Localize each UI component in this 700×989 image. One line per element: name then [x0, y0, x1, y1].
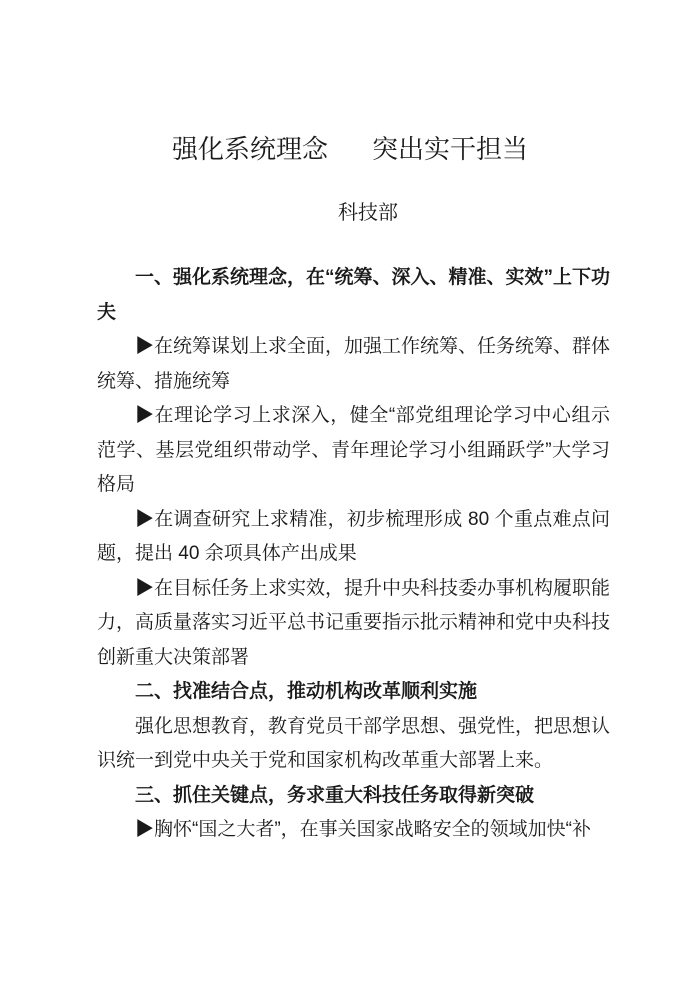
bullet-paragraph: ▶在统筹谋划上求全面，加强工作统筹、任务统筹、群体统筹、措施统筹 — [97, 330, 610, 399]
document-byline: 科技部 — [18, 198, 700, 228]
document-title-part-2: 突出实干担当 — [372, 132, 528, 166]
document-title: 强化系统理念 突出实干担当 — [0, 132, 700, 166]
document-page: 强化系统理念 突出实干担当 科技部 一、强化系统理念，在“统筹、深入、精准、实效… — [0, 0, 700, 989]
bullet-paragraph: ▶在调查研究上求精准，初步梳理形成 80 个重点难点问题，提出 40 余项具体产… — [97, 503, 610, 572]
section-heading-1: 一、强化系统理念，在“统筹、深入、精准、实效”上下功夫 — [97, 261, 610, 330]
section-heading-2: 二、找准结合点，推动机构改革顺利实施 — [97, 675, 610, 710]
bullet-paragraph: ▶在理论学习上求深入，健全“部党组理论学习中心组示范学、基层党组织带动学、青年理… — [97, 399, 610, 503]
document-title-part-1: 强化系统理念 — [172, 132, 328, 166]
section-heading-3: 三、抓住关键点，务求重大科技任务取得新突破 — [97, 779, 610, 814]
bullet-paragraph: ▶在目标任务上求实效，提升中央科技委办事机构履职能力，高质量落实习近平总书记重要… — [97, 572, 610, 676]
bullet-paragraph: ▶胸怀“国之大者”，在事关国家战略安全的领域加快“补 — [97, 813, 610, 848]
document-body: 一、强化系统理念，在“统筹、深入、精准、实效”上下功夫 ▶在统筹谋划上求全面，加… — [97, 261, 610, 848]
body-paragraph: 强化思想教育，教育党员干部学思想、强党性，把思想认识统一到党中央关于党和国家机构… — [97, 710, 610, 779]
